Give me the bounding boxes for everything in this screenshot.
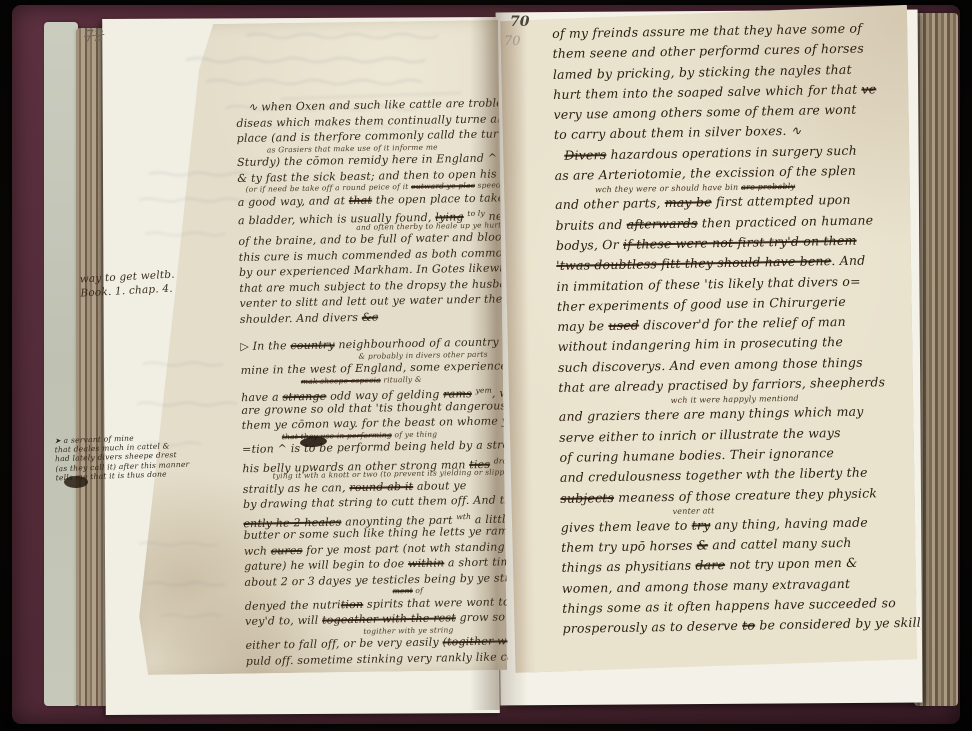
left-page-number: 72 <box>83 25 105 46</box>
page-edges-left-outer <box>44 22 78 706</box>
right-page-text: of my freinds assure me that they have s… <box>552 18 921 654</box>
manuscript-photo: 72 70 70 way to get weltb.Book. 1. chap.… <box>0 0 972 731</box>
right-page-number: 70 <box>510 14 529 30</box>
margin-note-servant: ➤ a servant of minethat deales much in c… <box>54 432 190 483</box>
right-page-number-ghost: 70 <box>504 34 521 49</box>
margin-note-reference: way to get weltb.Book. 1. chap. 4. <box>79 268 175 301</box>
left-page-text: ∿ when Oxen and such like cattle are tro… <box>236 95 508 677</box>
ink-blot <box>64 476 88 488</box>
